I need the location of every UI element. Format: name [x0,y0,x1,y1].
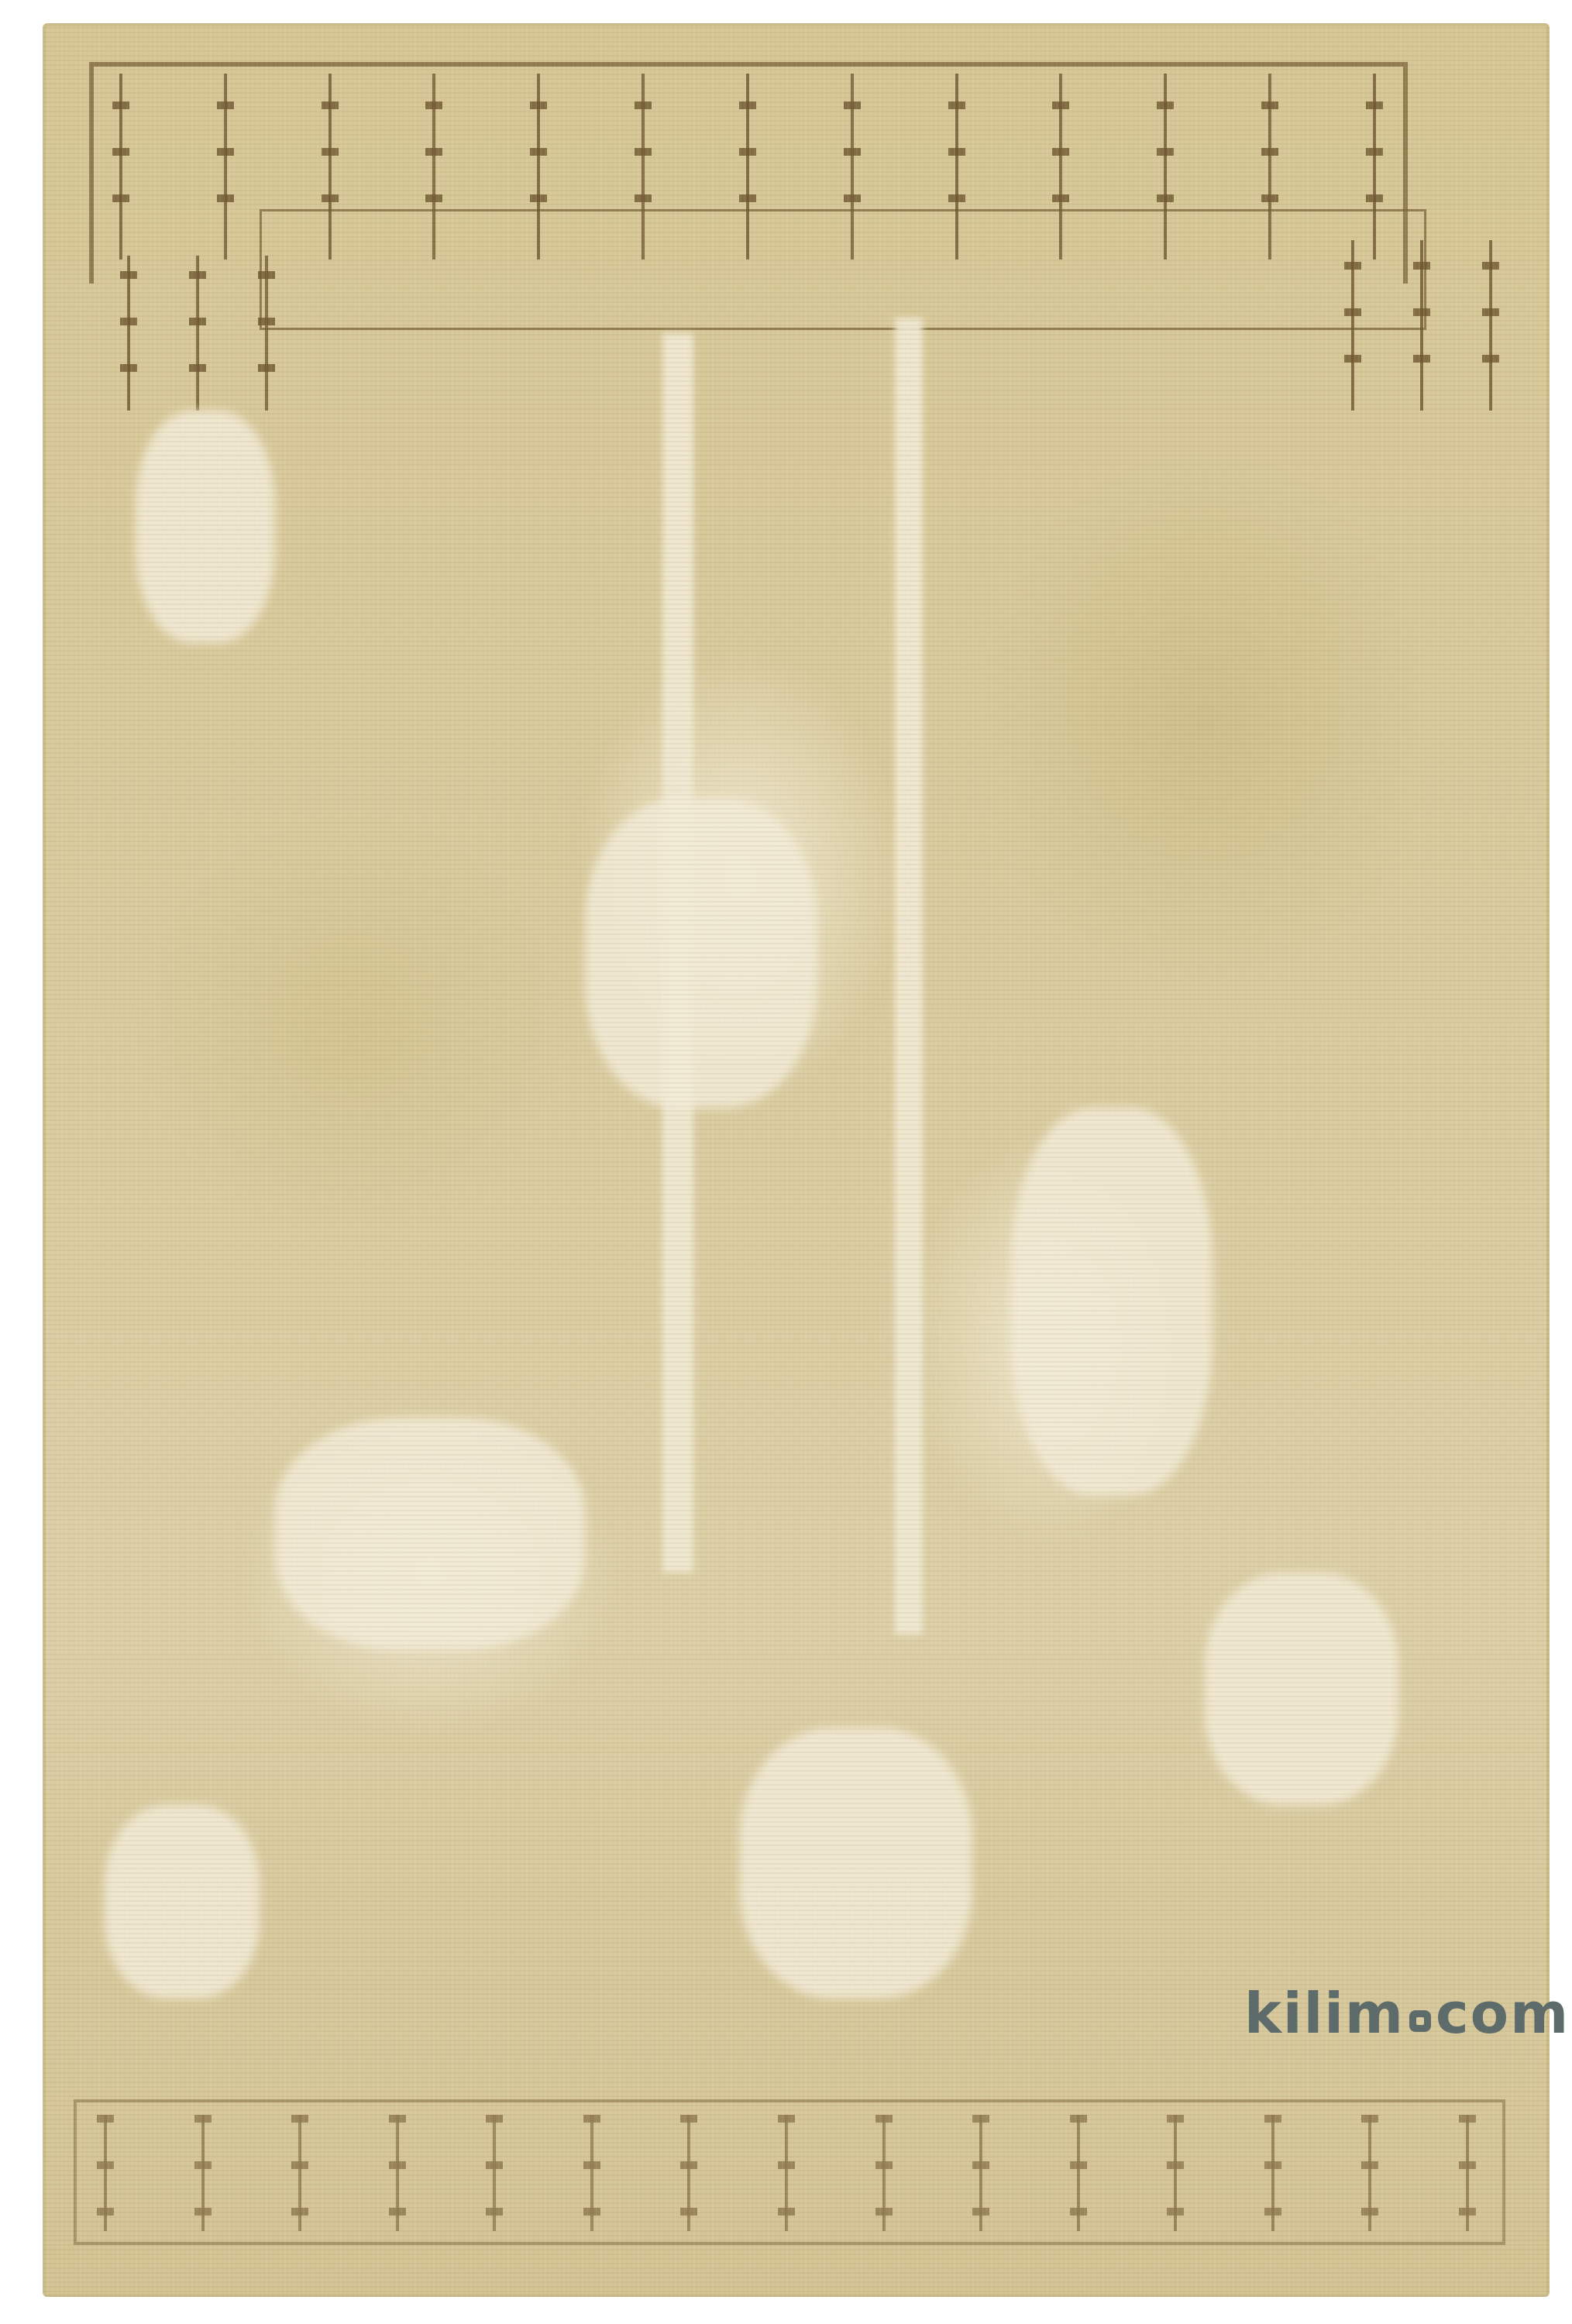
worn-patch [275,1418,585,1650]
worn-patch [105,1805,260,1999]
worn-patch [136,411,275,643]
worn-patch [740,1728,972,1999]
rug-outer-border-top [89,62,1408,284]
worn-patch [585,798,817,1108]
kilim-watermark: kilim com [1244,1985,1570,2041]
rug-outer-border-bottom [74,2099,1505,2245]
watermark-text-com: com [1436,1985,1570,2041]
worn-patch [1205,1573,1398,1805]
left-border-motifs [120,256,275,411]
bottom-border-motifs [97,2115,1476,2231]
top-border-motifs [112,74,1383,260]
watermark-dot-icon [1409,2010,1431,2032]
rug-inner-border-top [260,209,1426,330]
worn-patch [1011,1108,1213,1495]
worn-stripe [895,318,923,1635]
right-border-motifs [1344,240,1499,411]
watermark-text-kilim: kilim [1244,1985,1405,2041]
worn-stripe [662,333,693,1573]
rug [43,23,1550,2297]
